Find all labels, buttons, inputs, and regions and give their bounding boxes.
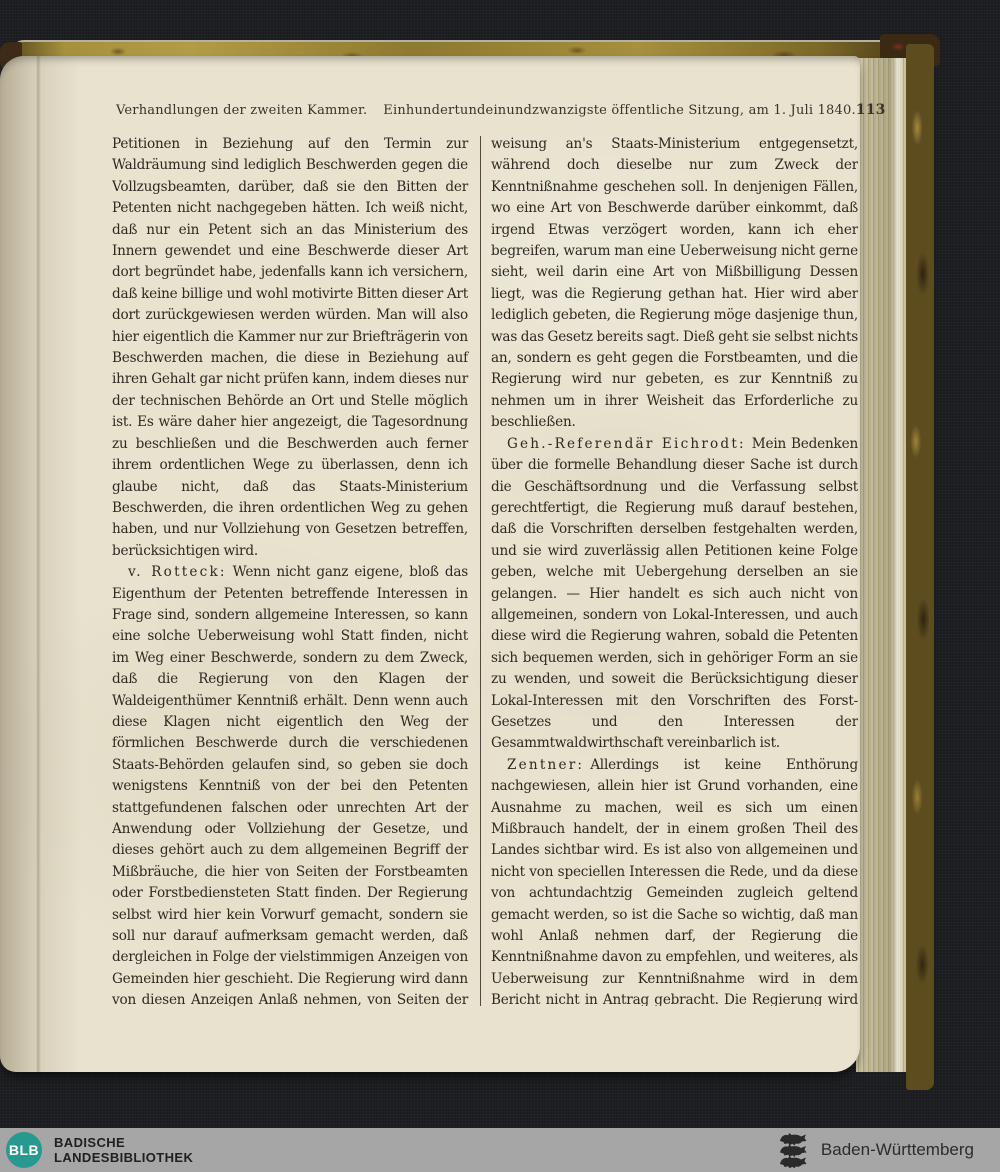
paragraph-text: Mein Bedenken über die formelle Behandlu…	[491, 436, 858, 752]
right-column: weisung an's Staats-Ministerium entgegen…	[491, 134, 858, 1006]
text-columns: Petitionen in Beziehung auf den Termin z…	[112, 134, 858, 1006]
branding-bar: BLB BADISCHE LANDESBIBLIOTHEK Baden-Würt…	[0, 1128, 1000, 1172]
speaker-name: Zentner:	[507, 757, 584, 773]
baden-wuerttemberg-coat-of-arms-icon	[775, 1132, 811, 1168]
library-name: BADISCHE LANDESBIBLIOTHEK	[54, 1135, 193, 1166]
book-side-page-edges	[856, 58, 906, 1072]
paragraph: v. Rotteck:Wenn nicht ganz eigene, bloß …	[112, 562, 468, 1006]
speaker-name: v. Rotteck:	[128, 564, 227, 580]
library-name-line1: BADISCHE	[54, 1135, 193, 1150]
speaker-name: Geh.-Referendär Eichrodt:	[507, 436, 746, 452]
paragraph: Geh.-Referendär Eichrodt:Mein Bedenken ü…	[491, 434, 858, 755]
column-divider-rule	[480, 136, 481, 1006]
session-title: Einhundertundeinundzwanzigste öffentlich…	[383, 103, 856, 118]
paragraph-text: weisung an's Staats-Ministerium entgegen…	[491, 136, 858, 430]
printed-area: Verhandlungen der zweiten Kammer. Einhun…	[112, 102, 858, 1006]
paragraph: weisung an's Staats-Ministerium entgegen…	[491, 134, 858, 434]
library-name-line2: LANDESBIBLIOTHEK	[54, 1150, 193, 1165]
state-name: Baden-Württemberg	[821, 1140, 974, 1160]
paragraph-text: Petitionen in Beziehung auf den Termin z…	[112, 136, 468, 559]
journal-title: Verhandlungen der zweiten Kammer.	[116, 103, 367, 118]
library-branding: BLB BADISCHE LANDESBIBLIOTHEK	[6, 1132, 193, 1168]
blb-logo-icon: BLB	[6, 1132, 42, 1168]
page-number: 113	[856, 102, 886, 118]
state-branding: Baden-Württemberg	[775, 1132, 974, 1168]
left-column: Petitionen in Beziehung auf den Termin z…	[112, 134, 468, 1006]
paragraph: Zentner:Allerdings ist keine Enthörung n…	[491, 755, 858, 1006]
paragraph-text: Wenn nicht ganz eigene, bloß das Eigenth…	[112, 564, 468, 1006]
scanned-book-page: Verhandlungen der zweiten Kammer. Einhun…	[0, 56, 860, 1072]
blb-logo-text: BLB	[9, 1142, 39, 1158]
running-head: Verhandlungen der zweiten Kammer. Einhun…	[112, 102, 858, 118]
paragraph-text: Allerdings ist keine Enthörung nachgewie…	[491, 757, 858, 1006]
book-marbled-cover-edge	[906, 44, 934, 1090]
paragraph: Petitionen in Beziehung auf den Termin z…	[112, 134, 468, 562]
